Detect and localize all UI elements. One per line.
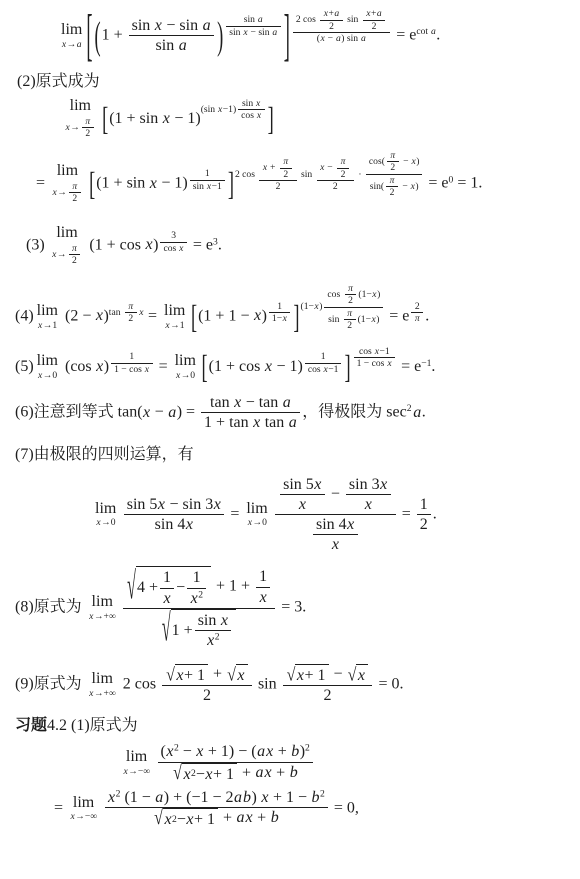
equation-9: (9)原式为 limx→+∞ 2 cos √x + 1 + √x2 sin √x… xyxy=(15,664,580,705)
exercise-rest: 4.2 (1)原式为 xyxy=(47,717,138,734)
equation-7: limx→0sin 5x − sin 3xsin 4x = limx→0sin … xyxy=(92,475,580,555)
equation-3: (3) limx→π2 (1 + cos x)3cos x = e3. xyxy=(26,225,580,267)
exercise-label: 习题 xyxy=(15,715,47,734)
equation-2-line1: limx→π2[(1 + sin x − 1)(sin x−1)sin xcos… xyxy=(62,98,580,140)
exercise-equation-line1: limx→−∞(x2 − x + 1) − (ax + b)2√x2 − x +… xyxy=(120,742,580,783)
equation-1-result: limx→a[(1 + sin x − sin asin a)sin asin … xyxy=(58,8,580,56)
step-7-intro: (7)由极限的四则运算，有 xyxy=(15,445,580,465)
equation-8: (8)原式为 limx→+∞√4 + 1x − 1x2 + 1 + 1x√1 +… xyxy=(15,566,580,650)
equation-2-line2: = limx→π2[(1 + sin x − 1)1sin x−1]2 cos … xyxy=(36,150,580,205)
step-2-intro: (2)原式成为 xyxy=(17,72,580,92)
exercise-heading: 习题4.2 (1)原式为 xyxy=(15,715,580,736)
equation-5: (5)limx→0 (cos x)11 − cos x = limx→0[(1 … xyxy=(15,346,580,381)
exercise-equation-line2: = limx→−∞x2 (1 − a) + (−1 − 2ab) x + 1 −… xyxy=(54,788,580,829)
document-page: limx→a[(1 + sin x − sin asin a)sin asin … xyxy=(0,8,580,879)
equation-4: (4)limx→1 (2 − x)tan π2x = limx→1[(1 + 1… xyxy=(15,283,580,332)
equation-6: (6)注意到等式 tan(x − a) = tan x − tan a1 + t… xyxy=(15,393,580,432)
